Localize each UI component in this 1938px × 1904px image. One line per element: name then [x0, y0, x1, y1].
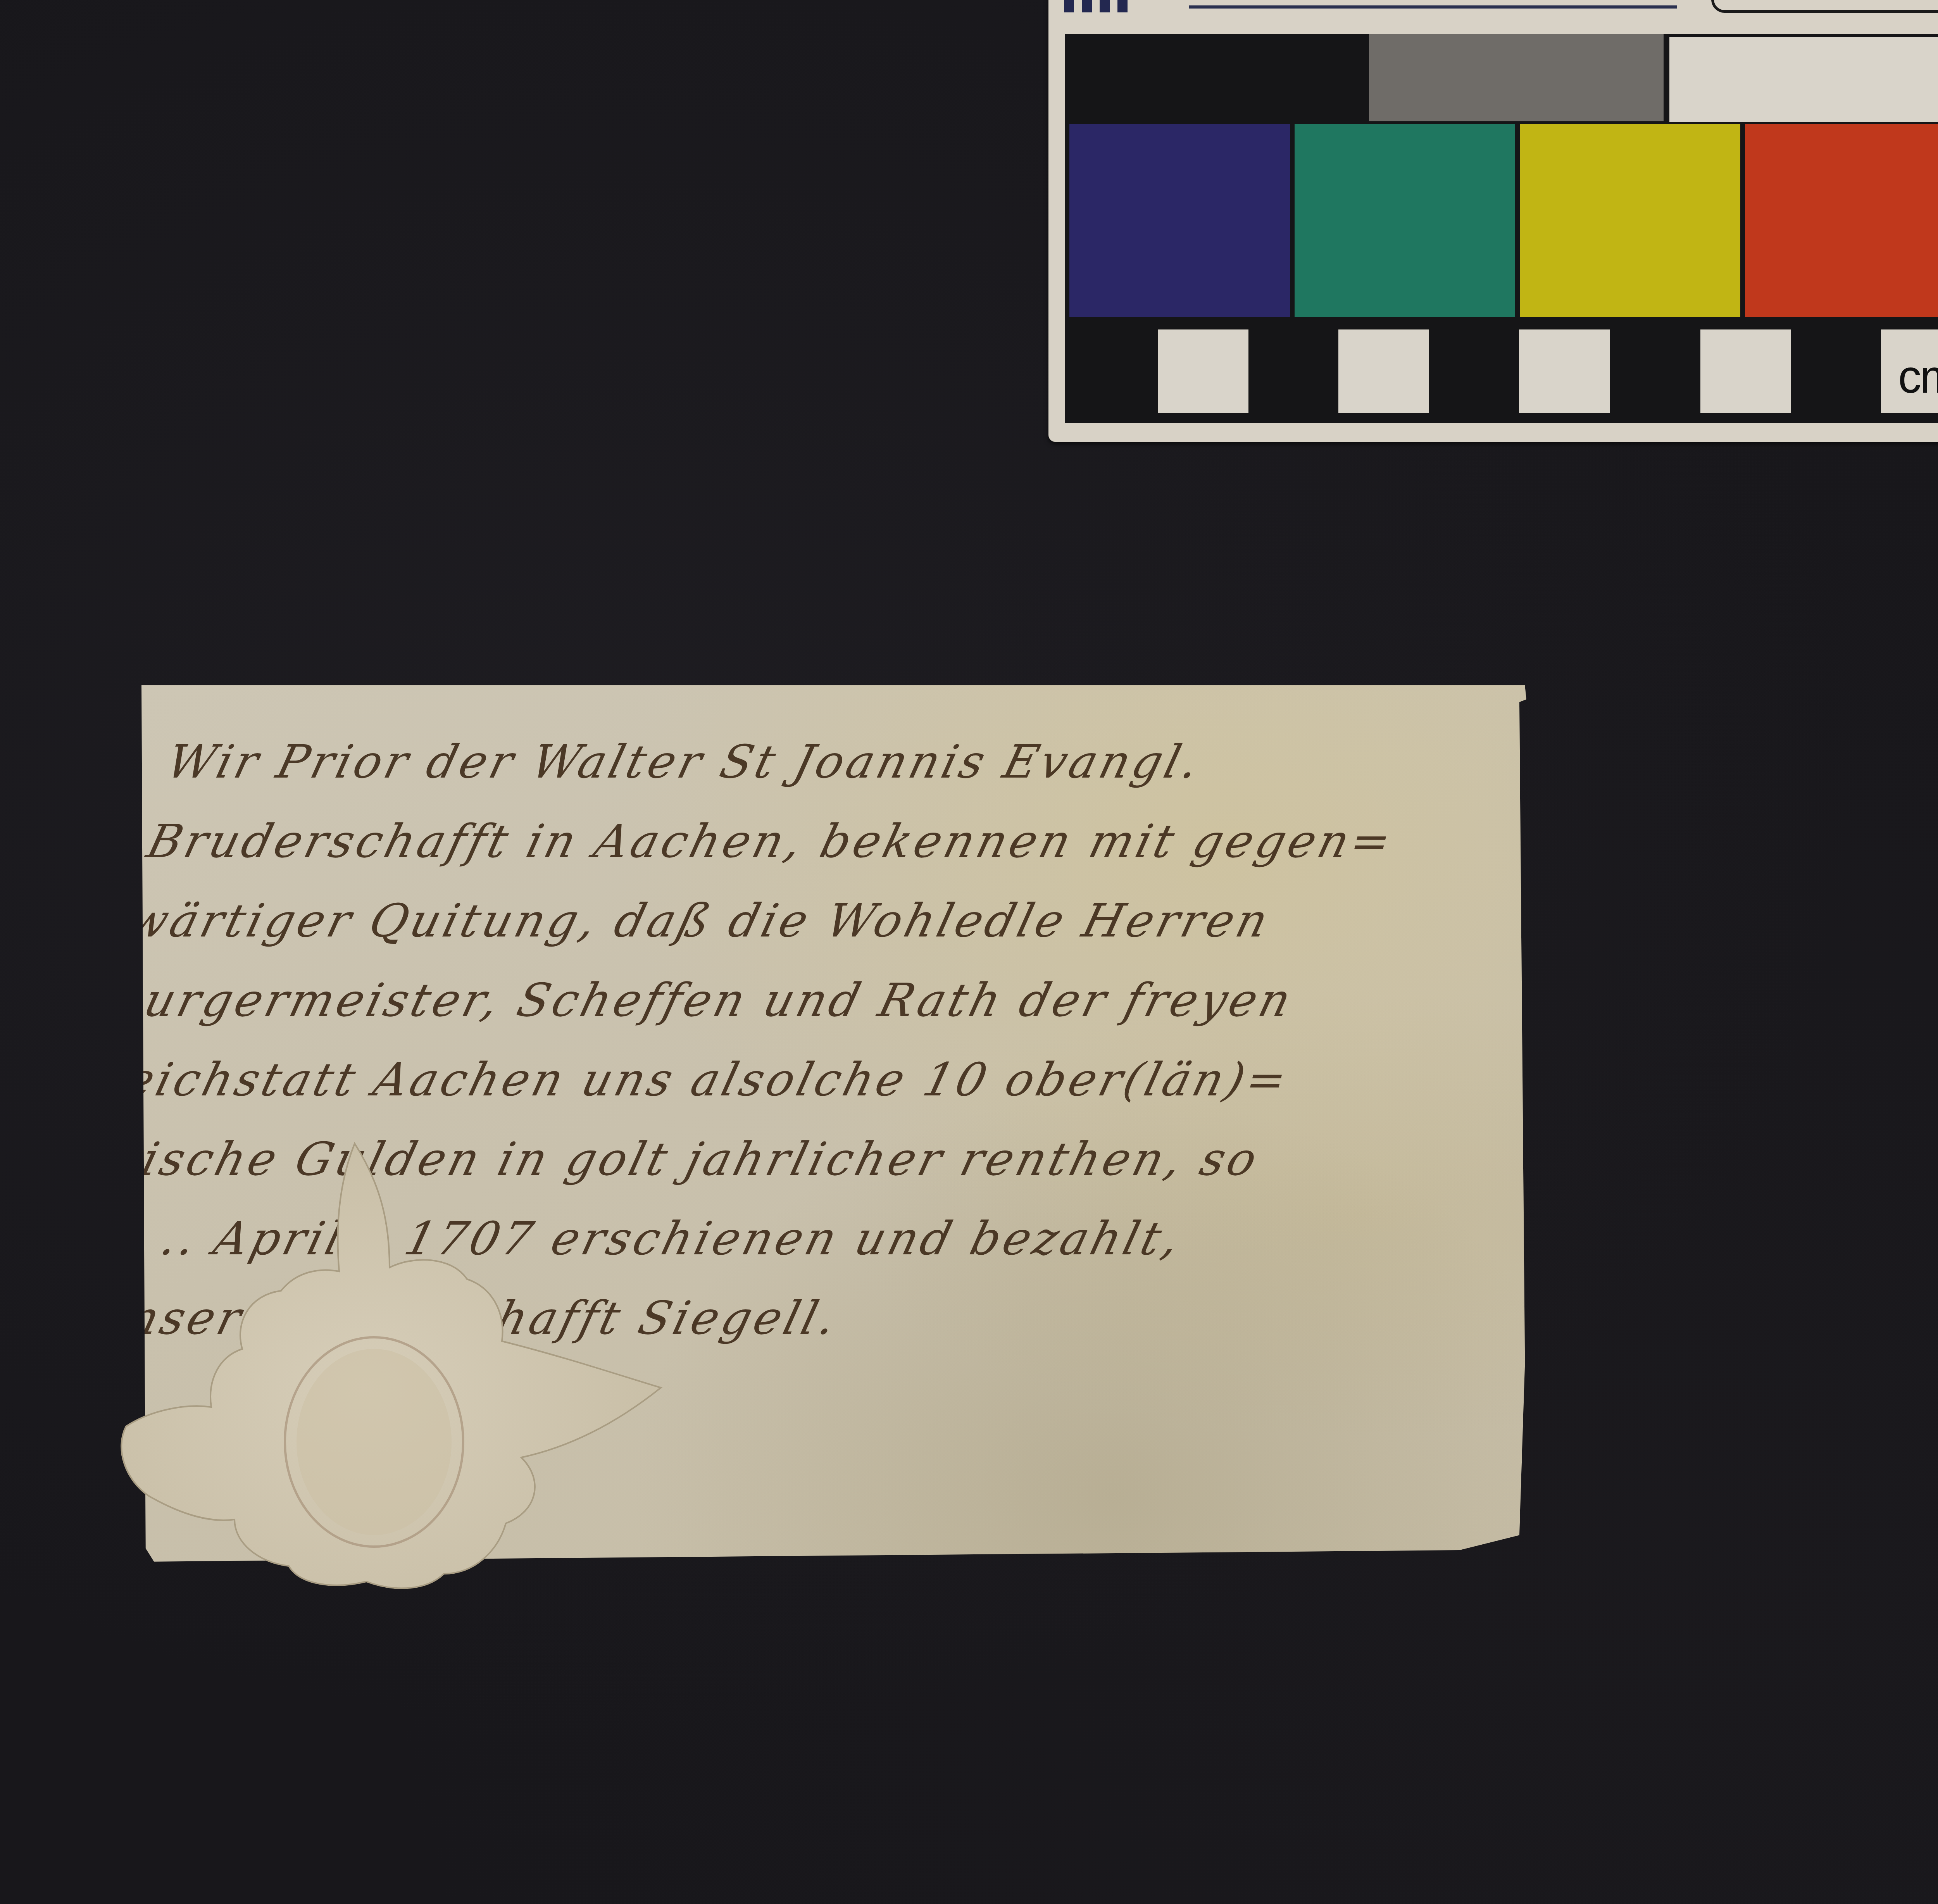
centimeter-scale: cm [1065, 329, 1938, 417]
text-line-5: Reichstatt Aachen uns alsolche 10 ober(l… [79, 1040, 1417, 1119]
yellow-patch [1520, 124, 1740, 317]
seal-flower-icon [118, 1140, 723, 1597]
color-calibration-card: cm [1048, 0, 1938, 442]
scale-tick [1700, 329, 1791, 413]
white-patch [1669, 37, 1938, 122]
paper-seal [118, 1140, 723, 1597]
text-line-4: Burgermeister, Scheffen und Rath der fre… [99, 961, 1437, 1040]
red-patch [1745, 124, 1938, 317]
scale-tick: cm [1881, 329, 1938, 413]
blue-patch [1069, 124, 1290, 317]
text-line-2: Bruderschafft in Aachen, bekennen mit ge… [139, 802, 1476, 881]
card-header-bars [1064, 0, 1128, 12]
scale-tick [1519, 329, 1610, 413]
scale-tick [1158, 329, 1248, 413]
gray-patch [1369, 34, 1664, 121]
green-patch [1295, 124, 1515, 317]
scale-tick [1338, 329, 1429, 413]
card-header-line [1189, 5, 1677, 9]
color-patch-row [1069, 124, 1938, 317]
scale-unit-label: cm [1898, 350, 1938, 404]
text-line-1: Wir Prior der Walter St Joannis Evangl. [159, 722, 1496, 802]
card-header-label-box [1711, 0, 1938, 13]
card-patch-panel: cm [1065, 34, 1938, 423]
text-line-3: wärtiger Quitung, daß die Wohledle Herre… [119, 881, 1457, 961]
